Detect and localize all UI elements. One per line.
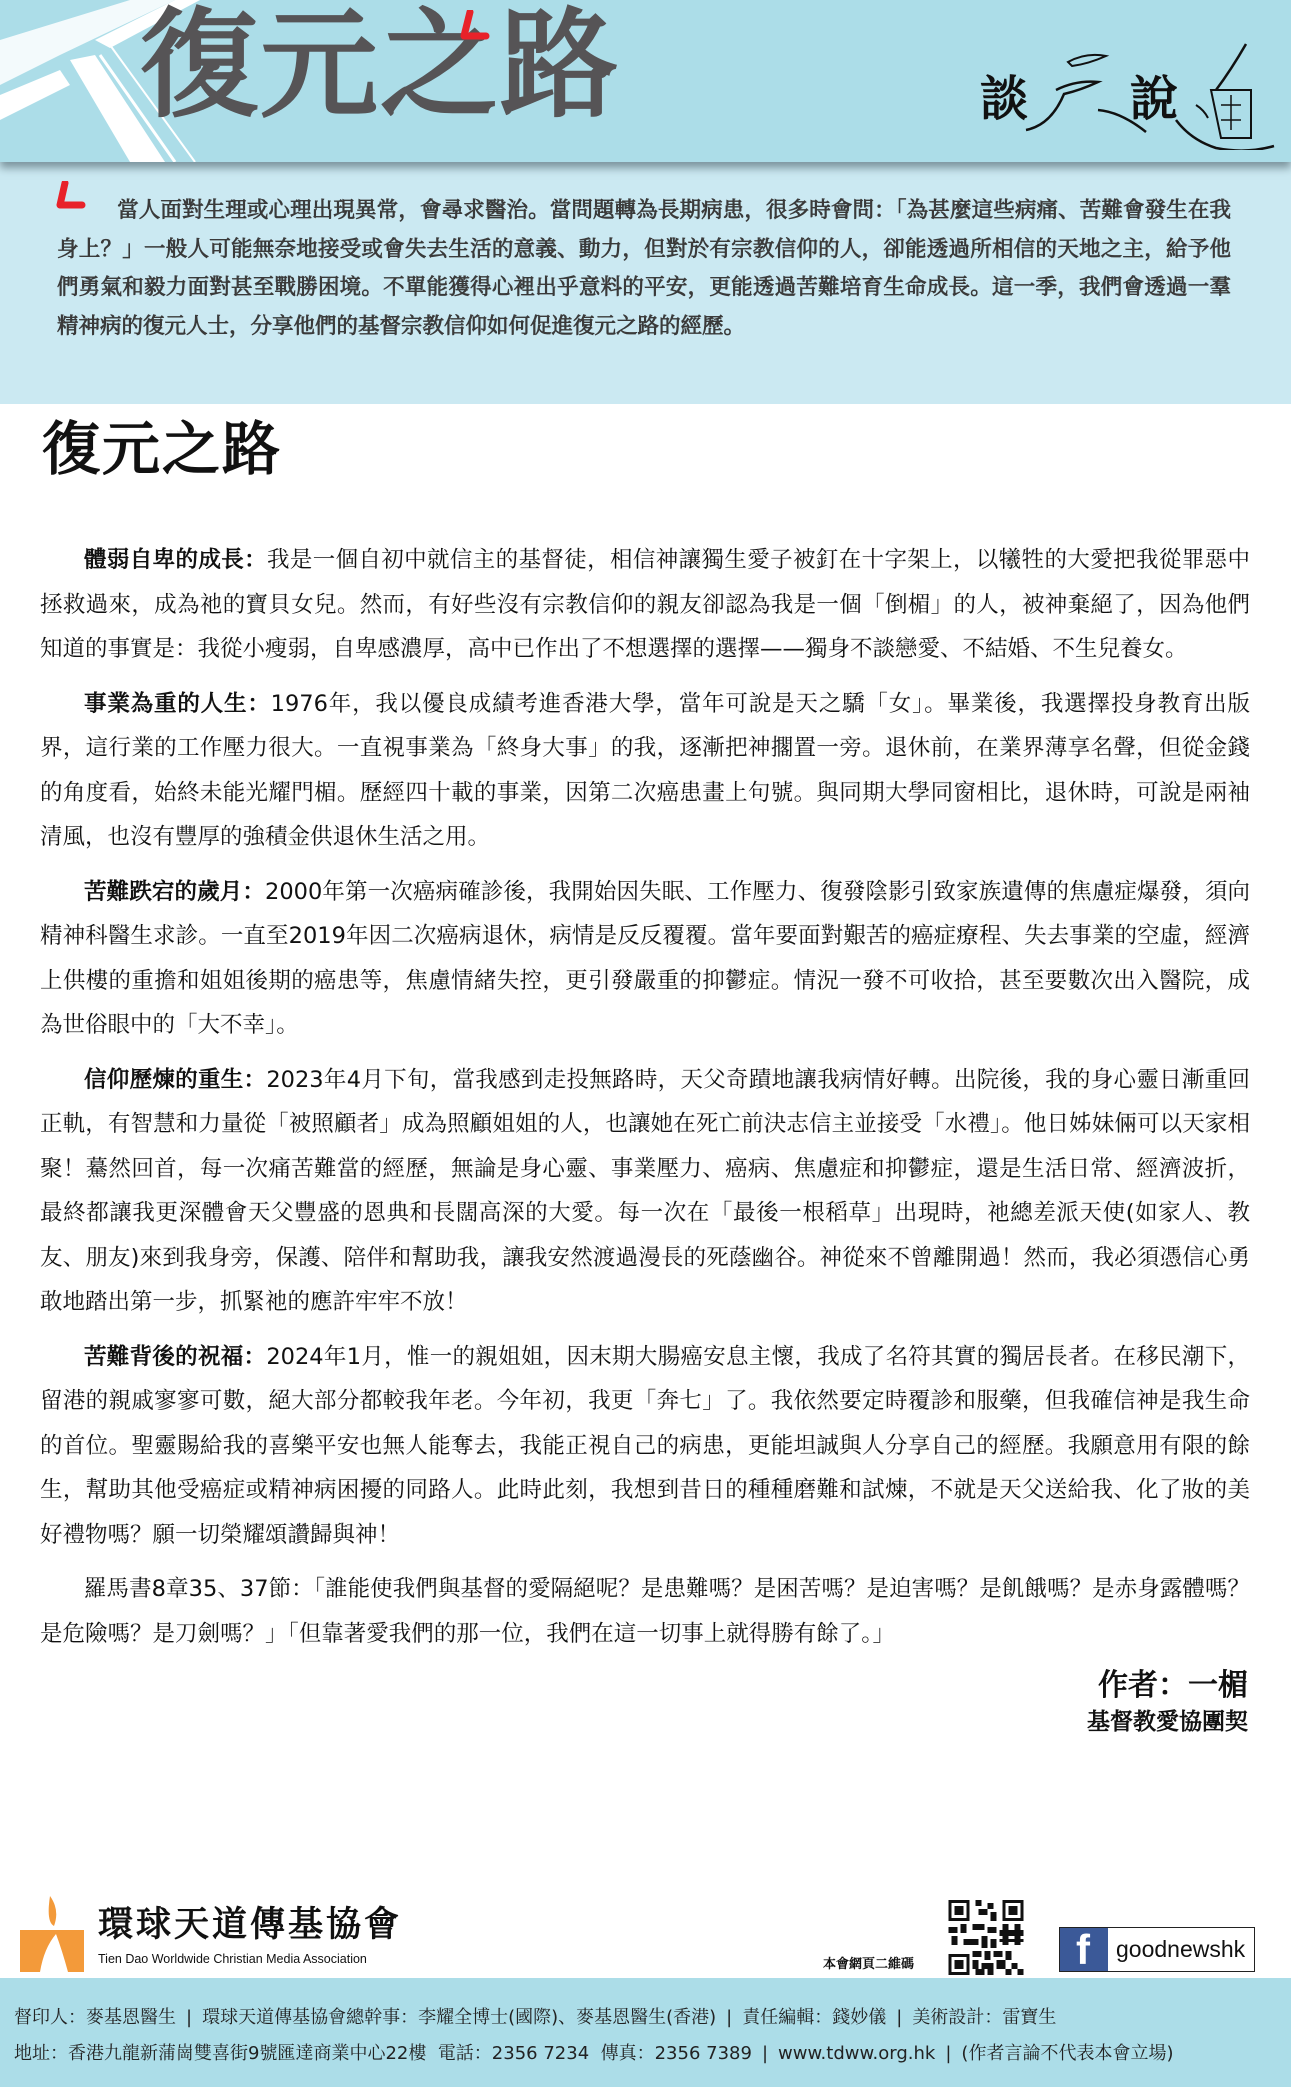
disclaimer: (作者言論不代表本會立場): [961, 2043, 1173, 2064]
separator: |: [762, 2036, 768, 2072]
article-title: 復元之路: [42, 420, 1250, 478]
org-logo: 環球天道傳基協會 Tien Dao Worldwide Christian Me…: [18, 1892, 418, 1972]
signature-block: 作者：一楣 基督教愛協團契: [40, 1666, 1250, 1738]
flame-logo-icon: [18, 1892, 88, 1972]
address: 地址：香港九龍新蒲崗雙喜街9號匯達商業中心22樓: [14, 2043, 426, 2064]
article-body: 體弱自卑的成長：我是一個自初中就信主的基督徒，相信神讓獨生愛子被釘在十字架上，以…: [40, 538, 1250, 1656]
separator: |: [186, 2000, 192, 2036]
author-name: 作者：一楣: [40, 1666, 1248, 1706]
facebook-badge[interactable]: f goodnewshk: [1059, 1927, 1255, 1972]
org-name-english: Tien Dao Worldwide Christian Media Assoc…: [98, 1952, 367, 1966]
phone: 電話：2356 7234: [438, 2043, 589, 2064]
intro-box: 當人面對生理或心理出現異常，會尋求醫治。當問題轉為長期病患，很多時會問：「為甚麼…: [0, 162, 1291, 404]
separator: |: [896, 2000, 902, 2036]
facebook-handle: goodnewshk: [1116, 1936, 1245, 1963]
facebook-icon: f: [1060, 1928, 1108, 1971]
general-secretary: 環球天道傳基協會總幹事：李耀全博士(國際)、麥基恩醫生(香港): [202, 2007, 716, 2028]
fax: 傳真：2356 7389: [601, 2043, 752, 2064]
credits-line: 督印人：麥基恩醫生|環球天道傳基協會總幹事：李耀全博士(國際)、麥基恩醫生(香港…: [14, 2000, 1277, 2036]
header-banner: 復元之路 談 說: [0, 0, 1291, 162]
intro-text: 當人面對生理或心理出現異常，會尋求醫治。當問題轉為長期病患，很多時會問：「為甚麼…: [57, 192, 1231, 346]
separator: |: [726, 2000, 732, 2036]
contact-line: 地址：香港九龍新蒲崗雙喜街9號匯達商業中心22樓 電話：2356 7234 傳真…: [14, 2036, 1277, 2072]
paragraph-1: 體弱自卑的成長：我是一個自初中就信主的基督徒，相信神讓獨生愛子被釘在十字架上，以…: [40, 538, 1250, 672]
paragraph-3: 苦難跌宕的歲月：2000年第一次癌病確診後，我開始因失眠、工作壓力、復發陰影引致…: [40, 870, 1250, 1048]
paragraph-heading: 苦難背後的祝福：: [84, 1344, 266, 1370]
series-title: 復元之路: [140, 6, 620, 124]
paragraph-4: 信仰歷煉的重生：2023年4月下旬，當我感到走投無路時，天父奇蹟地讓我病情好轉。…: [40, 1058, 1250, 1325]
qr-code-icon[interactable]: [948, 1900, 1024, 1975]
scripture-quote: 羅馬書8章35、37節：「誰能使我們與基督的愛隔絕呢？是患難嗎？是困苦嗎？是迫害…: [40, 1567, 1250, 1656]
calligraphy-strokes-icon: [976, 30, 1276, 150]
org-name-chinese: 環球天道傳基協會: [98, 1908, 402, 1943]
red-stroke-icon: [460, 10, 494, 44]
art-design: 美術設計：雷寶生: [912, 2007, 1056, 2028]
paragraph-heading: 苦難跌宕的歲月：: [84, 879, 265, 905]
article: 復元之路 體弱自卑的成長：我是一個自初中就信主的基督徒，相信神讓獨生愛子被釘在十…: [40, 420, 1250, 1738]
paragraph-2: 事業為重的人生：1976年，我以優良成績考進香港大學，當年可說是天之驕「女」。畢…: [40, 682, 1250, 860]
paragraph-5: 苦難背後的祝福：2024年1月，惟一的親姐姐，因末期大腸癌安息主懷，我成了名符其…: [40, 1335, 1250, 1558]
author-organization: 基督教愛協團契: [40, 1706, 1248, 1738]
paragraph-heading: 信仰歷煉的重生：: [84, 1067, 266, 1093]
brand-mark-tantian-shuodao: 談 說: [976, 30, 1276, 150]
website-link[interactable]: www.tdww.org.hk: [778, 2043, 935, 2064]
paragraph-heading: 事業為重的人生：: [84, 691, 271, 717]
red-quote-mark-icon: [56, 181, 86, 211]
editor: 責任編輯：錢妙儀: [742, 2007, 886, 2028]
qr-code-label: 本會網頁二維碼: [823, 1953, 914, 1972]
separator: |: [945, 2036, 951, 2072]
footer-logo-row: 環球天道傳基協會 Tien Dao Worldwide Christian Me…: [0, 1880, 1291, 1975]
paragraph-heading: 體弱自卑的成長：: [84, 547, 267, 573]
publisher: 督印人：麥基恩醫生: [14, 2007, 176, 2028]
footer-credits: 督印人：麥基恩醫生|環球天道傳基協會總幹事：李耀全博士(國際)、麥基恩醫生(香港…: [0, 1978, 1291, 2087]
